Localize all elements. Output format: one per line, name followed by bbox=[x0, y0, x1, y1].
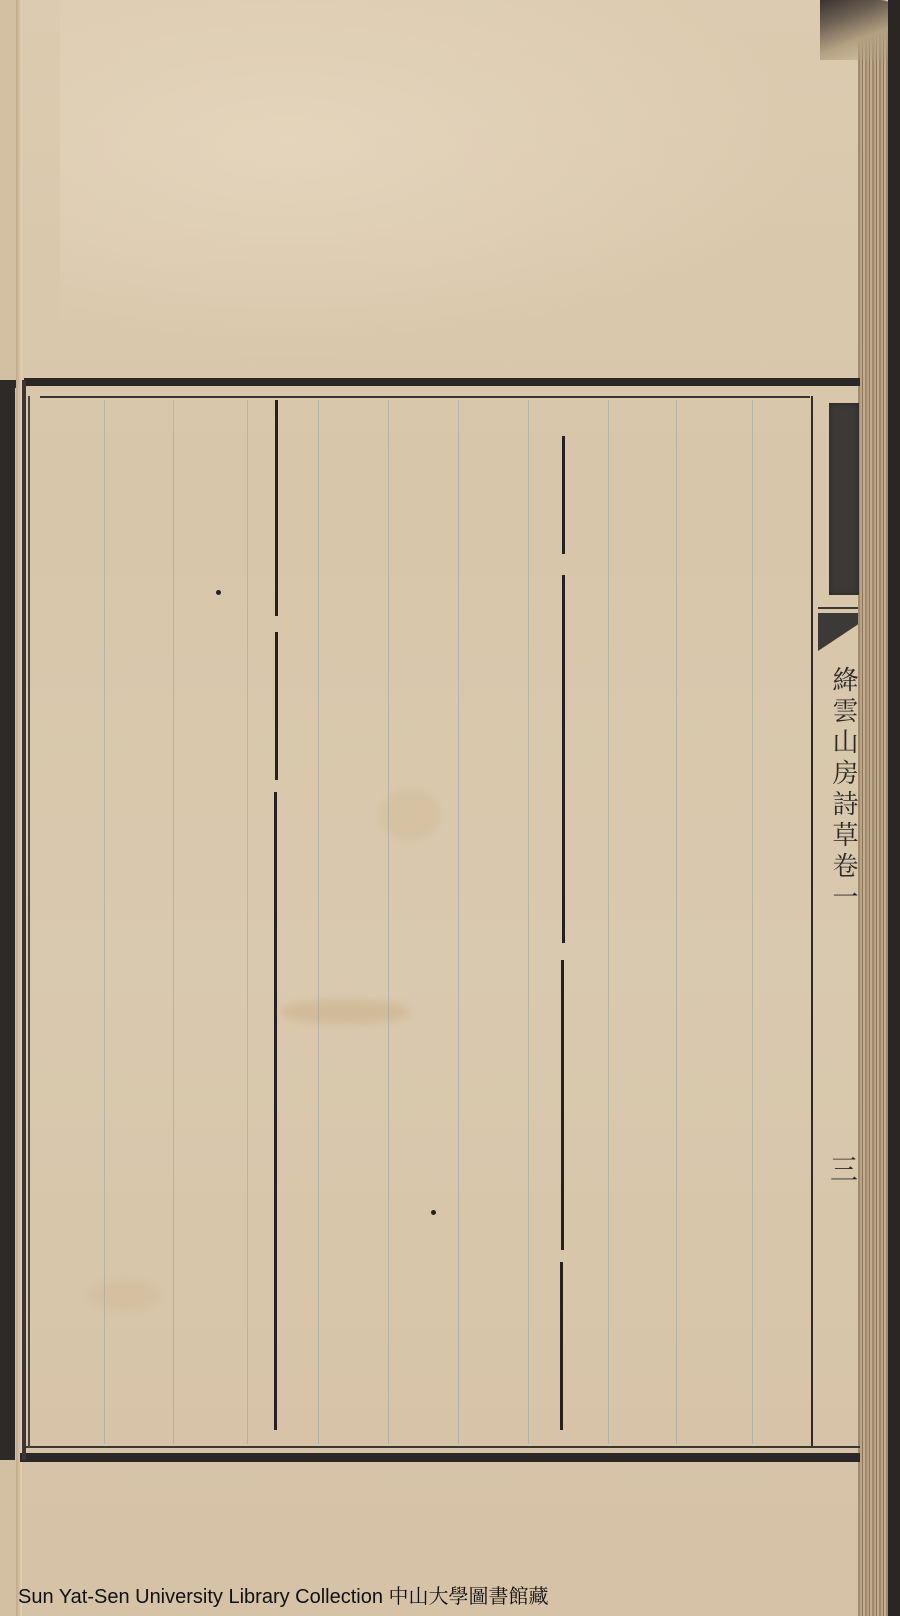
book-cover-edge bbox=[888, 0, 900, 1616]
column-rule bbox=[388, 400, 389, 1444]
page-number: 三 bbox=[830, 1148, 860, 1188]
column-divider bbox=[274, 792, 277, 1430]
column-divider bbox=[562, 436, 565, 554]
column-rule bbox=[528, 400, 529, 1444]
column-rule bbox=[676, 400, 677, 1444]
black-trunk-block bbox=[829, 403, 859, 595]
column-rule bbox=[458, 400, 459, 1444]
frame-bottom-border bbox=[20, 1453, 860, 1462]
frame-top-inner-line bbox=[40, 396, 810, 398]
column-rule bbox=[173, 400, 174, 1444]
paper-stain bbox=[380, 790, 440, 840]
column-divider bbox=[560, 1262, 563, 1430]
frame-top-border bbox=[24, 378, 860, 386]
column-rule bbox=[318, 400, 319, 1444]
ink-speck bbox=[431, 1210, 436, 1215]
ink-speck bbox=[216, 590, 221, 595]
water-stain bbox=[60, 0, 820, 360]
margin-book-title: 絳雲山房詩草卷一 bbox=[828, 666, 858, 914]
paper-stain bbox=[280, 1000, 410, 1024]
previous-page-border bbox=[0, 380, 15, 1460]
column-divider bbox=[561, 960, 564, 1250]
column-rule bbox=[752, 400, 753, 1444]
frame-left-border bbox=[22, 380, 26, 1460]
collection-caption: Sun Yat-Sen University Library Collectio… bbox=[18, 1580, 549, 1609]
column-divider bbox=[275, 400, 278, 616]
frame-left-inner-line bbox=[28, 396, 30, 1448]
paper-stain bbox=[90, 1280, 160, 1310]
fishtail-rule bbox=[818, 607, 858, 609]
column-rule bbox=[608, 400, 609, 1444]
column-divider bbox=[275, 632, 278, 780]
frame-right-line bbox=[811, 396, 813, 1446]
frame-bottom-inner-line bbox=[26, 1446, 860, 1448]
column-divider bbox=[562, 575, 565, 943]
column-rule bbox=[247, 400, 248, 1444]
